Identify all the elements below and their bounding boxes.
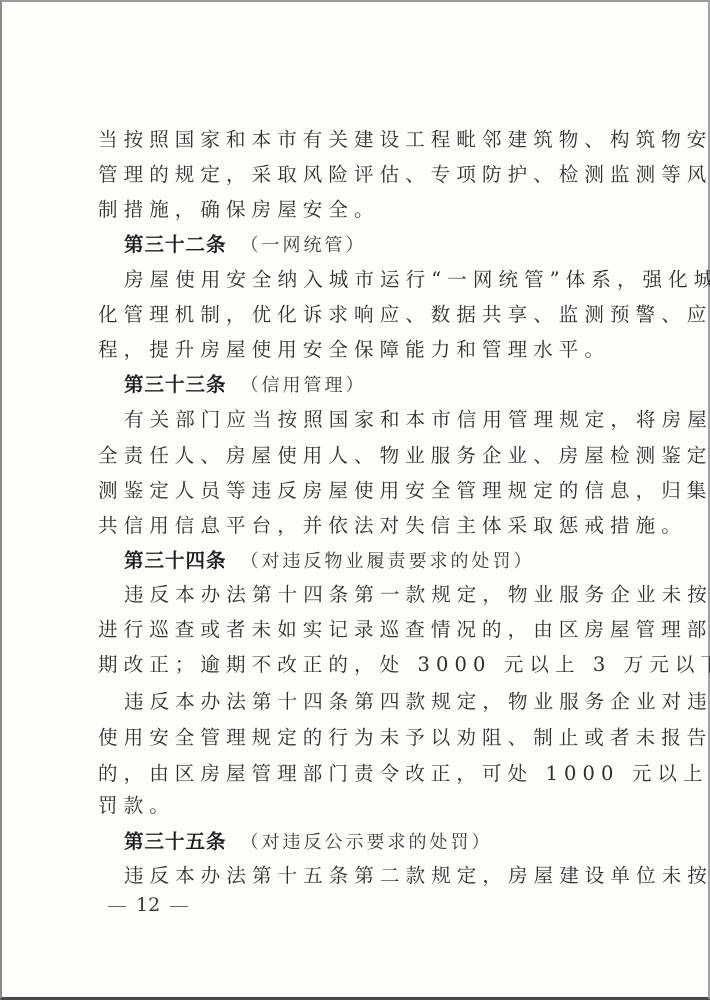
article-number: 第三十五条 [124, 830, 227, 853]
text-line: 程，提升房屋使用安全保障能力和管理水平。 [98, 332, 618, 367]
article-number: 第三十三条 [124, 373, 227, 396]
text-line: 制措施，确保房屋安全。 [98, 192, 618, 227]
article-number: 第三十二条 [124, 233, 227, 256]
article-heading: 第三十四条（对违反物业履责要求的处罚） [124, 543, 644, 578]
text-line: 测鉴定人员等违反房屋使用安全管理规定的信息，归集到本市公 [98, 473, 618, 508]
text-line: 管理的规定，采取风险评估、专项防护、检测监测等风险防范和控 [98, 157, 618, 192]
article-title: （对违反公示要求的处罚） [241, 832, 493, 853]
text-line: 违反本办法第十四条第一款规定，物业服务企业未按照要求 [124, 577, 644, 612]
article-title: （信用管理） [241, 375, 367, 396]
text-line: 违反本办法第十五条第二款规定，房屋建设单位未按照规定 [124, 858, 644, 893]
text-line: 当按照国家和本市有关建设工程毗邻建筑物、构筑物安全和质量 [98, 122, 618, 157]
text-line: 期改正；逾期不改正的，处 3000 元以上 3 万元以下罚款。 [98, 647, 618, 682]
dash-right [170, 906, 188, 907]
page-number: 12 [98, 890, 198, 920]
text-line: 共信用信息平台，并依法对失信主体采取惩戒措施。 [98, 508, 618, 543]
article-number: 第三十四条 [124, 549, 227, 572]
text-line: 使用安全管理规定的行为未予以劝阻、制止或者未报告相关部门 [98, 720, 618, 755]
text-line: 房屋使用安全纳入城市运行“一网统管”体系，强化城市网格 [124, 262, 644, 297]
article-heading: 第三十二条（一网统管） [124, 227, 644, 262]
article-heading: 第三十五条（对违反公示要求的处罚） [124, 824, 644, 859]
page-number-value: 12 [136, 894, 160, 916]
dash-left [108, 906, 126, 907]
article-heading: 第三十三条（信用管理） [124, 367, 644, 402]
text-line: 罚款。 [98, 788, 618, 823]
text-line: 有关部门应当按照国家和本市信用管理规定，将房屋使用安 [124, 402, 644, 437]
text-line: 的，由区房屋管理部门责令改正，可处 1000 元以上 1 万元以下 [98, 756, 618, 791]
text-line: 违反本办法第十四条第四款规定，物业服务企业对违反房屋 [124, 684, 644, 719]
article-title: （对违反物业履责要求的处罚） [241, 551, 535, 572]
text-line: 化管理机制，优化诉求响应、数据共享、监测预警、应急处置等流 [98, 297, 618, 332]
document-page: 当按照国家和本市有关建设工程毗邻建筑物、构筑物安全和质量 管理的规定，采取风险评… [0, 0, 710, 1000]
text-line: 进行巡查或者未如实记录巡查情况的，由区房屋管理部门责令限 [98, 612, 618, 647]
text-line: 全责任人、房屋使用人、物业服务企业、房屋检测鉴定单位及其检 [98, 438, 618, 473]
article-title: （一网统管） [241, 235, 367, 256]
